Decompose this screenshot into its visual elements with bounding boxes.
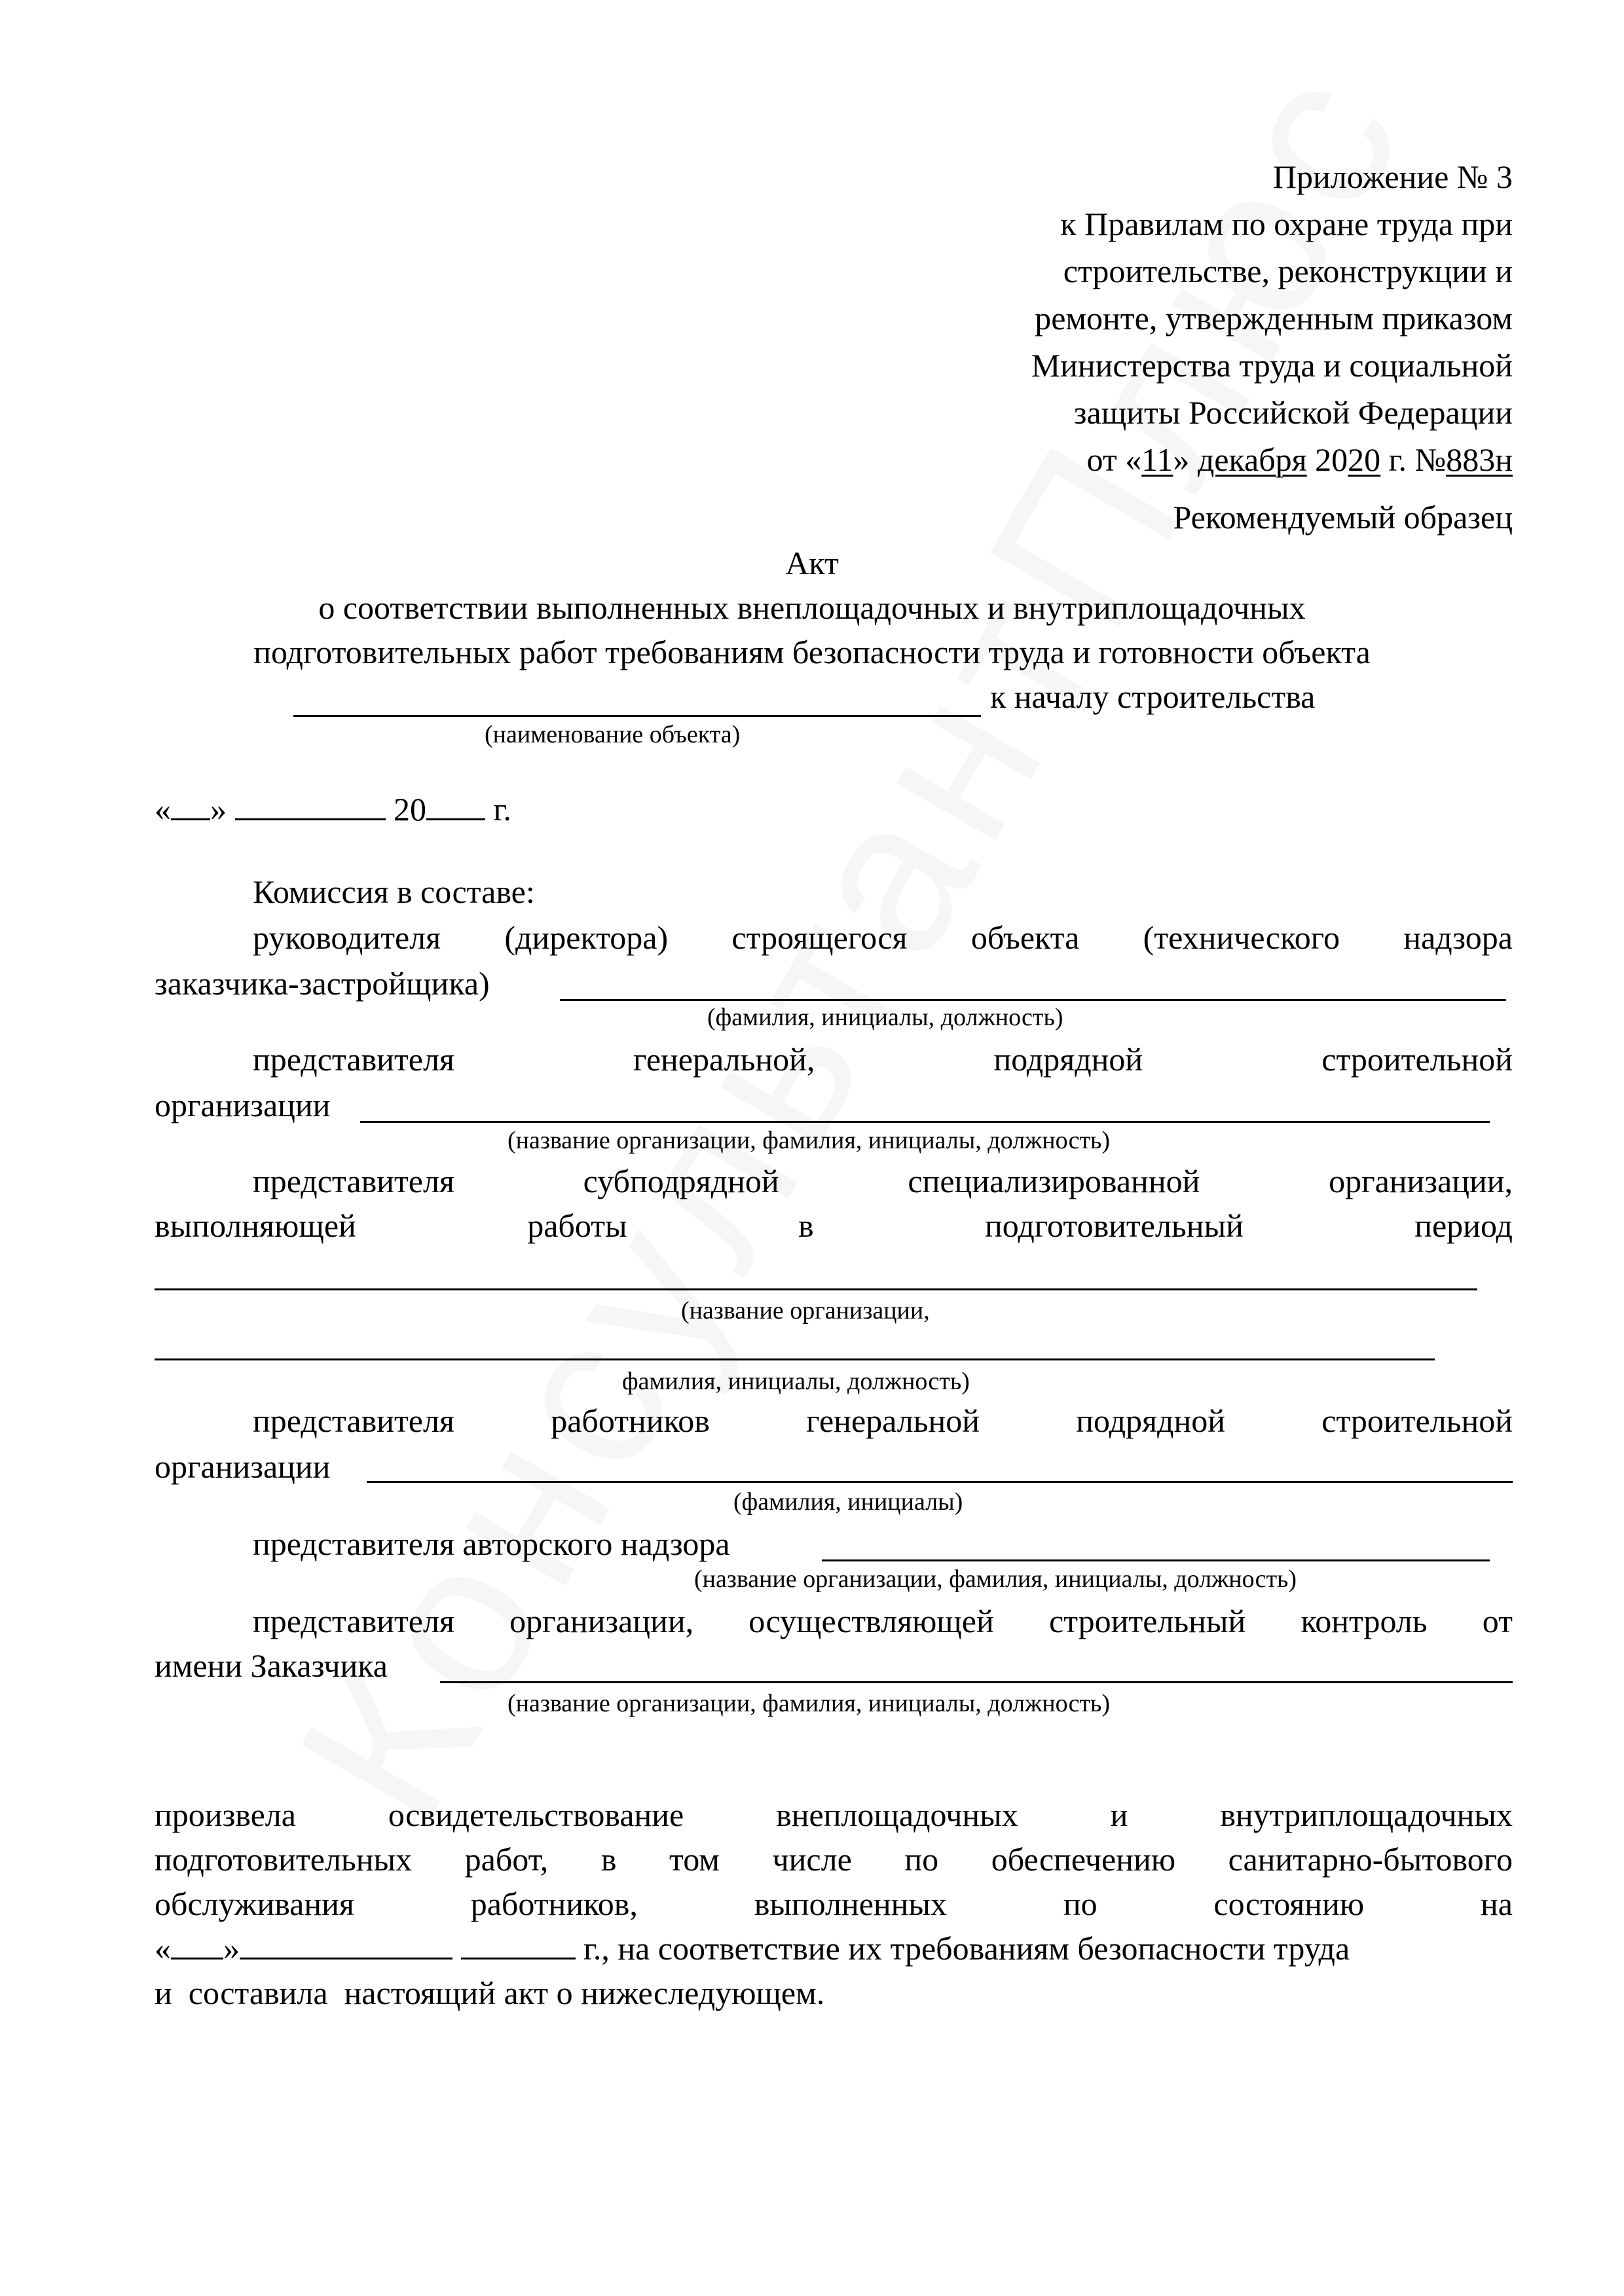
- member-4-field[interactable]: [367, 1481, 1513, 1483]
- member-3-field-1[interactable]: [155, 1288, 1477, 1290]
- order-number: 883н: [1446, 441, 1513, 478]
- member-2-line1: представителягенеральной,подряднойстроит…: [253, 1040, 1513, 1079]
- appendix-line: ремонте, утвержденным приказом: [1035, 299, 1513, 338]
- inspection-year-field[interactable]: [461, 1929, 576, 1959]
- date-year-field[interactable]: [426, 790, 485, 820]
- member-2-field[interactable]: [360, 1121, 1490, 1123]
- conclusion-line4: «» г., на соответствие их требованиям бе…: [155, 1929, 1350, 1968]
- justified-word: представителя: [253, 1040, 454, 1079]
- member-3-caption-1: (название организации,: [681, 1296, 930, 1325]
- justified-word: работы: [527, 1206, 627, 1245]
- justified-word: выполняющей: [155, 1206, 356, 1245]
- justified-word: строительной: [1321, 1401, 1513, 1440]
- act-date: «» 20 г.: [155, 790, 511, 829]
- object-name-field[interactable]: [293, 715, 981, 717]
- act-subtitle-line3: к началу строительства: [990, 677, 1315, 716]
- justified-word: контроль: [1301, 1601, 1427, 1641]
- member-5-field[interactable]: [822, 1559, 1490, 1561]
- justified-word: (технического: [1143, 918, 1340, 957]
- member-1-field[interactable]: [560, 999, 1506, 1001]
- justified-word: представителя: [253, 1161, 454, 1201]
- appendix-line: Приложение № 3: [1273, 157, 1513, 196]
- inspection-month-field[interactable]: [240, 1929, 452, 1959]
- member-6-line1: представителяорганизации,осуществляющейс…: [253, 1601, 1513, 1641]
- member-2-line2: организации: [155, 1085, 330, 1125]
- justified-word: обеспечению: [991, 1840, 1175, 1879]
- date-month-field[interactable]: [235, 790, 386, 820]
- justified-word: строящегося: [731, 918, 907, 957]
- justified-word: числе: [773, 1840, 852, 1879]
- justified-word: работ,: [465, 1840, 549, 1879]
- justified-word: подрядной: [993, 1040, 1143, 1079]
- justified-word: представителя: [253, 1601, 454, 1641]
- justified-word: подрядной: [1076, 1401, 1225, 1440]
- member-1-caption: (фамилия, инициалы, должность): [707, 1003, 1063, 1032]
- justified-word: организации,: [509, 1601, 693, 1641]
- act-subtitle-line1: о соответствии выполненных внеплощадочны…: [0, 588, 1624, 627]
- justified-word: на: [1481, 1884, 1513, 1923]
- justified-word: внеплощадочных: [776, 1795, 1018, 1834]
- justified-word: внутриплощадочных: [1220, 1795, 1513, 1834]
- justified-word: санитарно-бытового: [1228, 1840, 1513, 1879]
- member-3-line1: представителясубподряднойспециализирован…: [253, 1161, 1513, 1201]
- justified-word: произвела: [155, 1795, 296, 1834]
- justified-word: в: [798, 1206, 814, 1245]
- justified-word: подготовительный: [985, 1206, 1244, 1245]
- member-3-line2: выполняющейработывподготовительныйпериод: [155, 1206, 1513, 1245]
- justified-word: генеральной: [806, 1401, 980, 1440]
- conclusion-line2: подготовительныхработ,втомчислепообеспеч…: [155, 1840, 1513, 1879]
- member-4-line2: организации: [155, 1447, 330, 1486]
- member-2-caption: (название организации, фамилия, инициалы…: [507, 1126, 1110, 1155]
- document-page: КонсультантПлюс Приложение № 3 к Правила…: [0, 0, 1624, 2296]
- justified-word: в: [601, 1840, 617, 1879]
- appendix-line: Министерства труда и социальной: [1031, 346, 1513, 385]
- member-3-caption-2: фамилия, инициалы, должность): [622, 1367, 970, 1396]
- sample-label: Рекомендуемый образец: [1173, 498, 1513, 537]
- justified-word: подготовительных: [155, 1840, 412, 1879]
- justified-word: (директора): [504, 918, 668, 957]
- order-year: 20: [1348, 441, 1380, 478]
- justified-word: состоянию: [1213, 1884, 1364, 1923]
- justified-word: строительный: [1049, 1601, 1246, 1641]
- justified-word: генеральной,: [633, 1040, 815, 1079]
- justified-word: работников: [551, 1401, 710, 1440]
- date-day-field[interactable]: [171, 790, 210, 820]
- justified-word: по: [904, 1840, 938, 1879]
- justified-word: выполненных: [754, 1884, 947, 1923]
- appendix-line: строительстве, реконструкции и: [1063, 251, 1513, 291]
- justified-word: надзора: [1403, 918, 1513, 957]
- justified-word: строительной: [1321, 1040, 1513, 1079]
- justified-word: осуществляющей: [748, 1601, 993, 1641]
- member-6-line2: имени Заказчика: [155, 1646, 388, 1685]
- object-name-caption: (наименование объекта): [485, 720, 740, 749]
- member-3-field-2[interactable]: [155, 1358, 1435, 1360]
- member-5-caption: (название организации, фамилия, инициалы…: [694, 1565, 1297, 1594]
- inspection-day-field[interactable]: [171, 1929, 223, 1959]
- commission-intro: Комиссия в составе:: [253, 872, 535, 911]
- conclusion-line3: обслуживанияработников,выполненныхпосост…: [155, 1884, 1513, 1923]
- appendix-line: защиты Российской Федерации: [1074, 393, 1513, 432]
- member-1-line2: заказчика-застройщика): [155, 964, 490, 1003]
- member-5-line1: представителя авторского надзора: [253, 1524, 730, 1563]
- justified-word: специализированной: [908, 1161, 1200, 1201]
- justified-word: том: [669, 1840, 720, 1879]
- justified-word: период: [1414, 1206, 1513, 1245]
- justified-word: представителя: [253, 1401, 454, 1440]
- member-6-caption: (название организации, фамилия, инициалы…: [507, 1689, 1110, 1718]
- justified-word: работников,: [471, 1884, 638, 1923]
- conclusion-line5: и составила настоящий акт о нижеследующе…: [155, 1973, 824, 2013]
- order-month: декабря: [1198, 441, 1307, 478]
- act-subtitle-line2: подготовительных работ требованиям безоп…: [0, 632, 1624, 672]
- justified-word: обслуживания: [155, 1884, 354, 1923]
- justified-word: от: [1483, 1601, 1513, 1641]
- order-day: 11: [1141, 441, 1173, 478]
- justified-word: по: [1063, 1884, 1098, 1923]
- member-4-line1: представителяработниковгенеральнойподряд…: [253, 1401, 1513, 1440]
- justified-word: объекта: [971, 918, 1080, 957]
- member-1-line1: руководителя(директора)строящегосяобъект…: [253, 918, 1513, 957]
- member-6-field[interactable]: [440, 1681, 1513, 1683]
- justified-word: организации,: [1329, 1161, 1513, 1201]
- justified-word: субподрядной: [583, 1161, 779, 1201]
- justified-word: руководителя: [253, 918, 441, 957]
- member-4-caption: (фамилия, инициалы): [733, 1487, 963, 1516]
- justified-word: и: [1111, 1795, 1128, 1834]
- act-title: Акт: [0, 543, 1624, 583]
- conclusion-line1: произвелаосвидетельствованиевнеплощадочн…: [155, 1795, 1513, 1834]
- appendix-line: к Правилам по охране труда при: [1060, 204, 1513, 244]
- order-reference: от «11» декабря 2020 г. №883н: [1087, 440, 1513, 479]
- justified-word: освидетельствование: [388, 1795, 684, 1834]
